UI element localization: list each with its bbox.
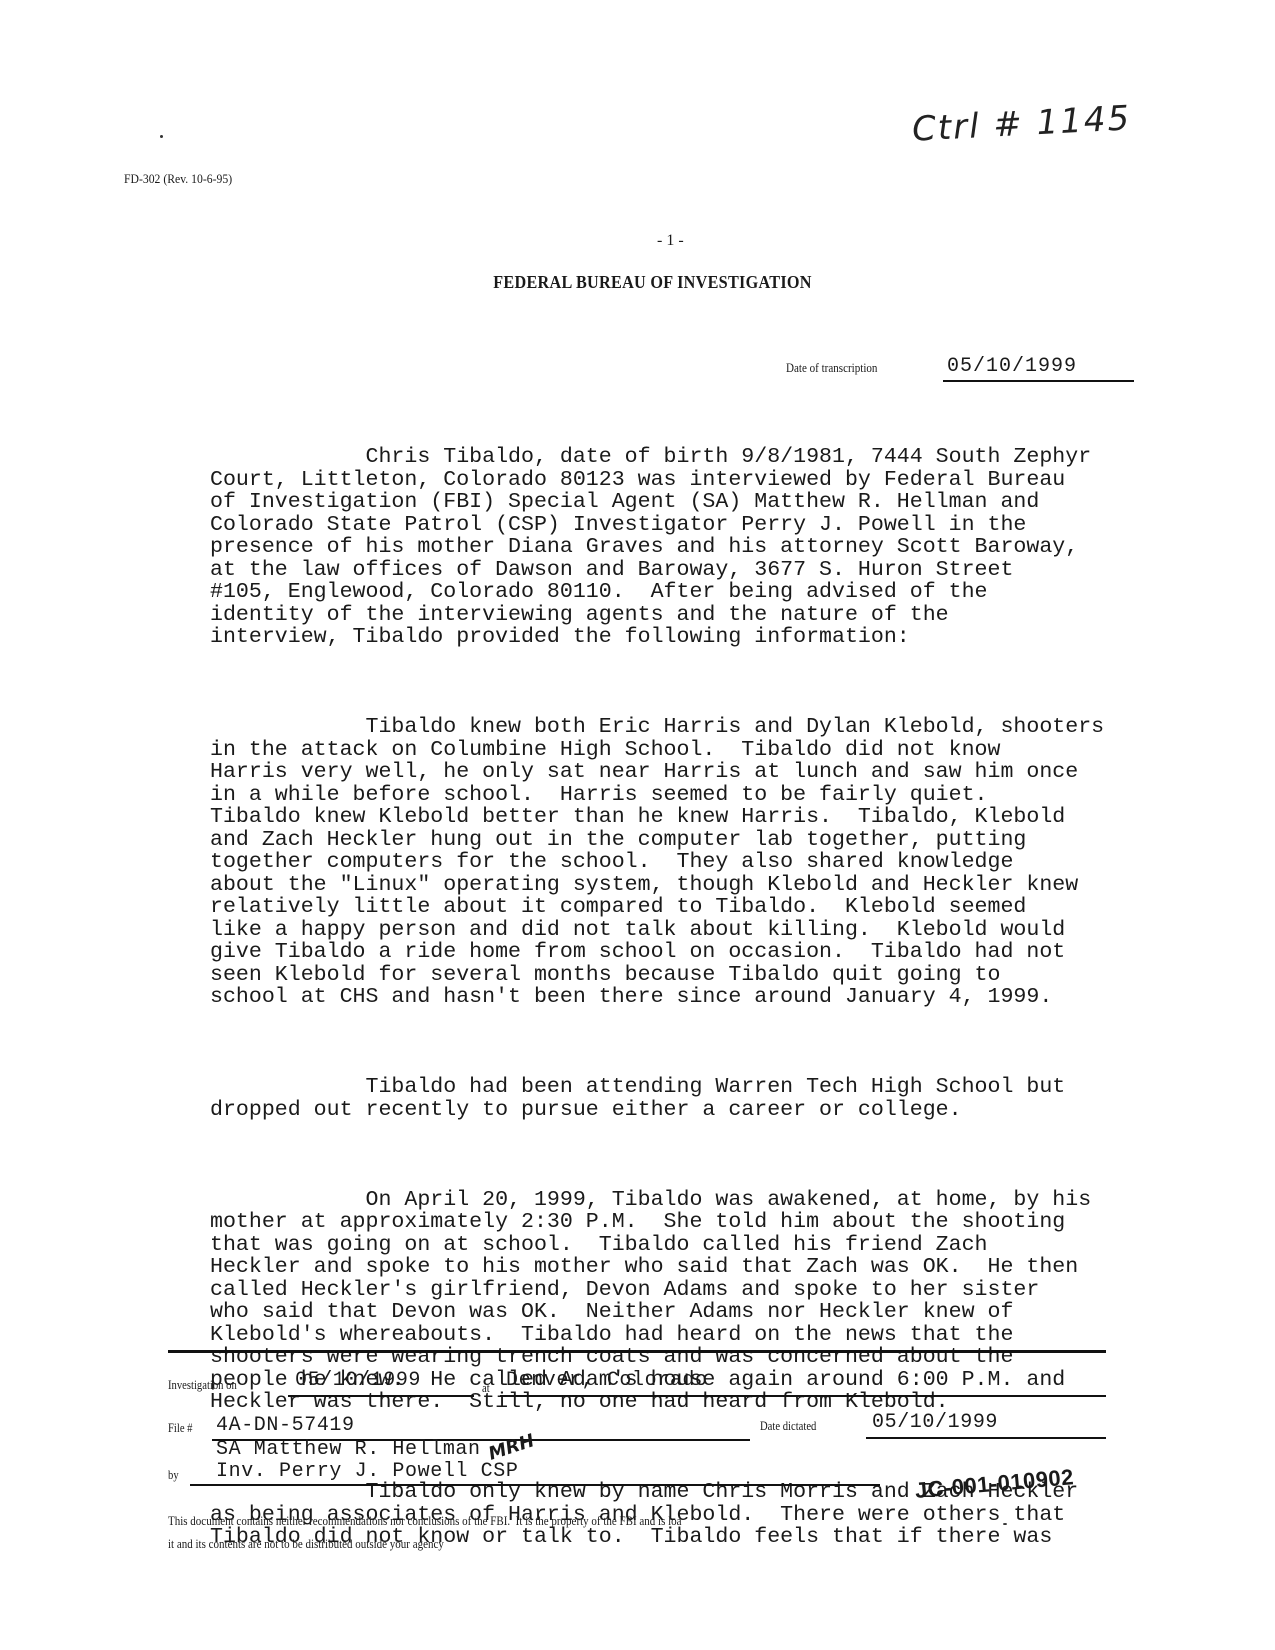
- location-value: Denver, Colorado: [506, 1369, 708, 1392]
- agent-line-2: Inv. Perry J. Powell CSP: [216, 1460, 518, 1483]
- investigation-date-underline: [288, 1395, 474, 1397]
- by-underline: [190, 1484, 880, 1486]
- date-dictated-underline: [866, 1437, 1106, 1439]
- paragraph-school: Tibaldo had been attending Warren Tech H…: [210, 1076, 1130, 1121]
- investigation-date-value: 05/10/1999: [295, 1369, 421, 1392]
- file-number-label: File #: [168, 1421, 193, 1436]
- transcription-date-value: 05/10/1999: [947, 355, 1077, 378]
- paragraph-acquaintance: Tibaldo knew both Eric Harris and Dylan …: [210, 716, 1130, 1009]
- footer-top-rule: [168, 1350, 1106, 1353]
- agency-title: FEDERAL BUREAU OF INVESTIGATION: [65, 272, 1240, 293]
- file-number-value: 4A-DN-57419: [216, 1414, 355, 1437]
- location-underline: [500, 1395, 1106, 1397]
- form-identifier: FD-302 (Rev. 10-6-95): [124, 171, 232, 187]
- agent-line-1: SA Matthew R. Hellman: [216, 1438, 481, 1461]
- scan-speck: [1003, 1523, 1007, 1525]
- disclaimer-line-1: This document contains neither recommend…: [168, 1514, 682, 1529]
- by-label: by: [168, 1468, 179, 1483]
- scan-speck: [160, 135, 163, 138]
- paragraph-intro: Chris Tibaldo, date of birth 9/8/1981, 7…: [210, 446, 1130, 649]
- transcription-date-underline: [943, 380, 1134, 382]
- disclaimer-line-2: it and its contents are not to be distri…: [168, 1537, 444, 1552]
- transcription-date-label: Date of transcription: [786, 360, 877, 376]
- investigation-on-label: Investigation on: [168, 1378, 237, 1393]
- date-dictated-label: Date dictated: [760, 1419, 816, 1434]
- handwritten-control-number: Ctrl # 1145: [911, 98, 1132, 149]
- date-dictated-value: 05/10/1999: [872, 1411, 998, 1434]
- at-label: at: [482, 1381, 490, 1396]
- page-number: - 1 -: [657, 232, 684, 250]
